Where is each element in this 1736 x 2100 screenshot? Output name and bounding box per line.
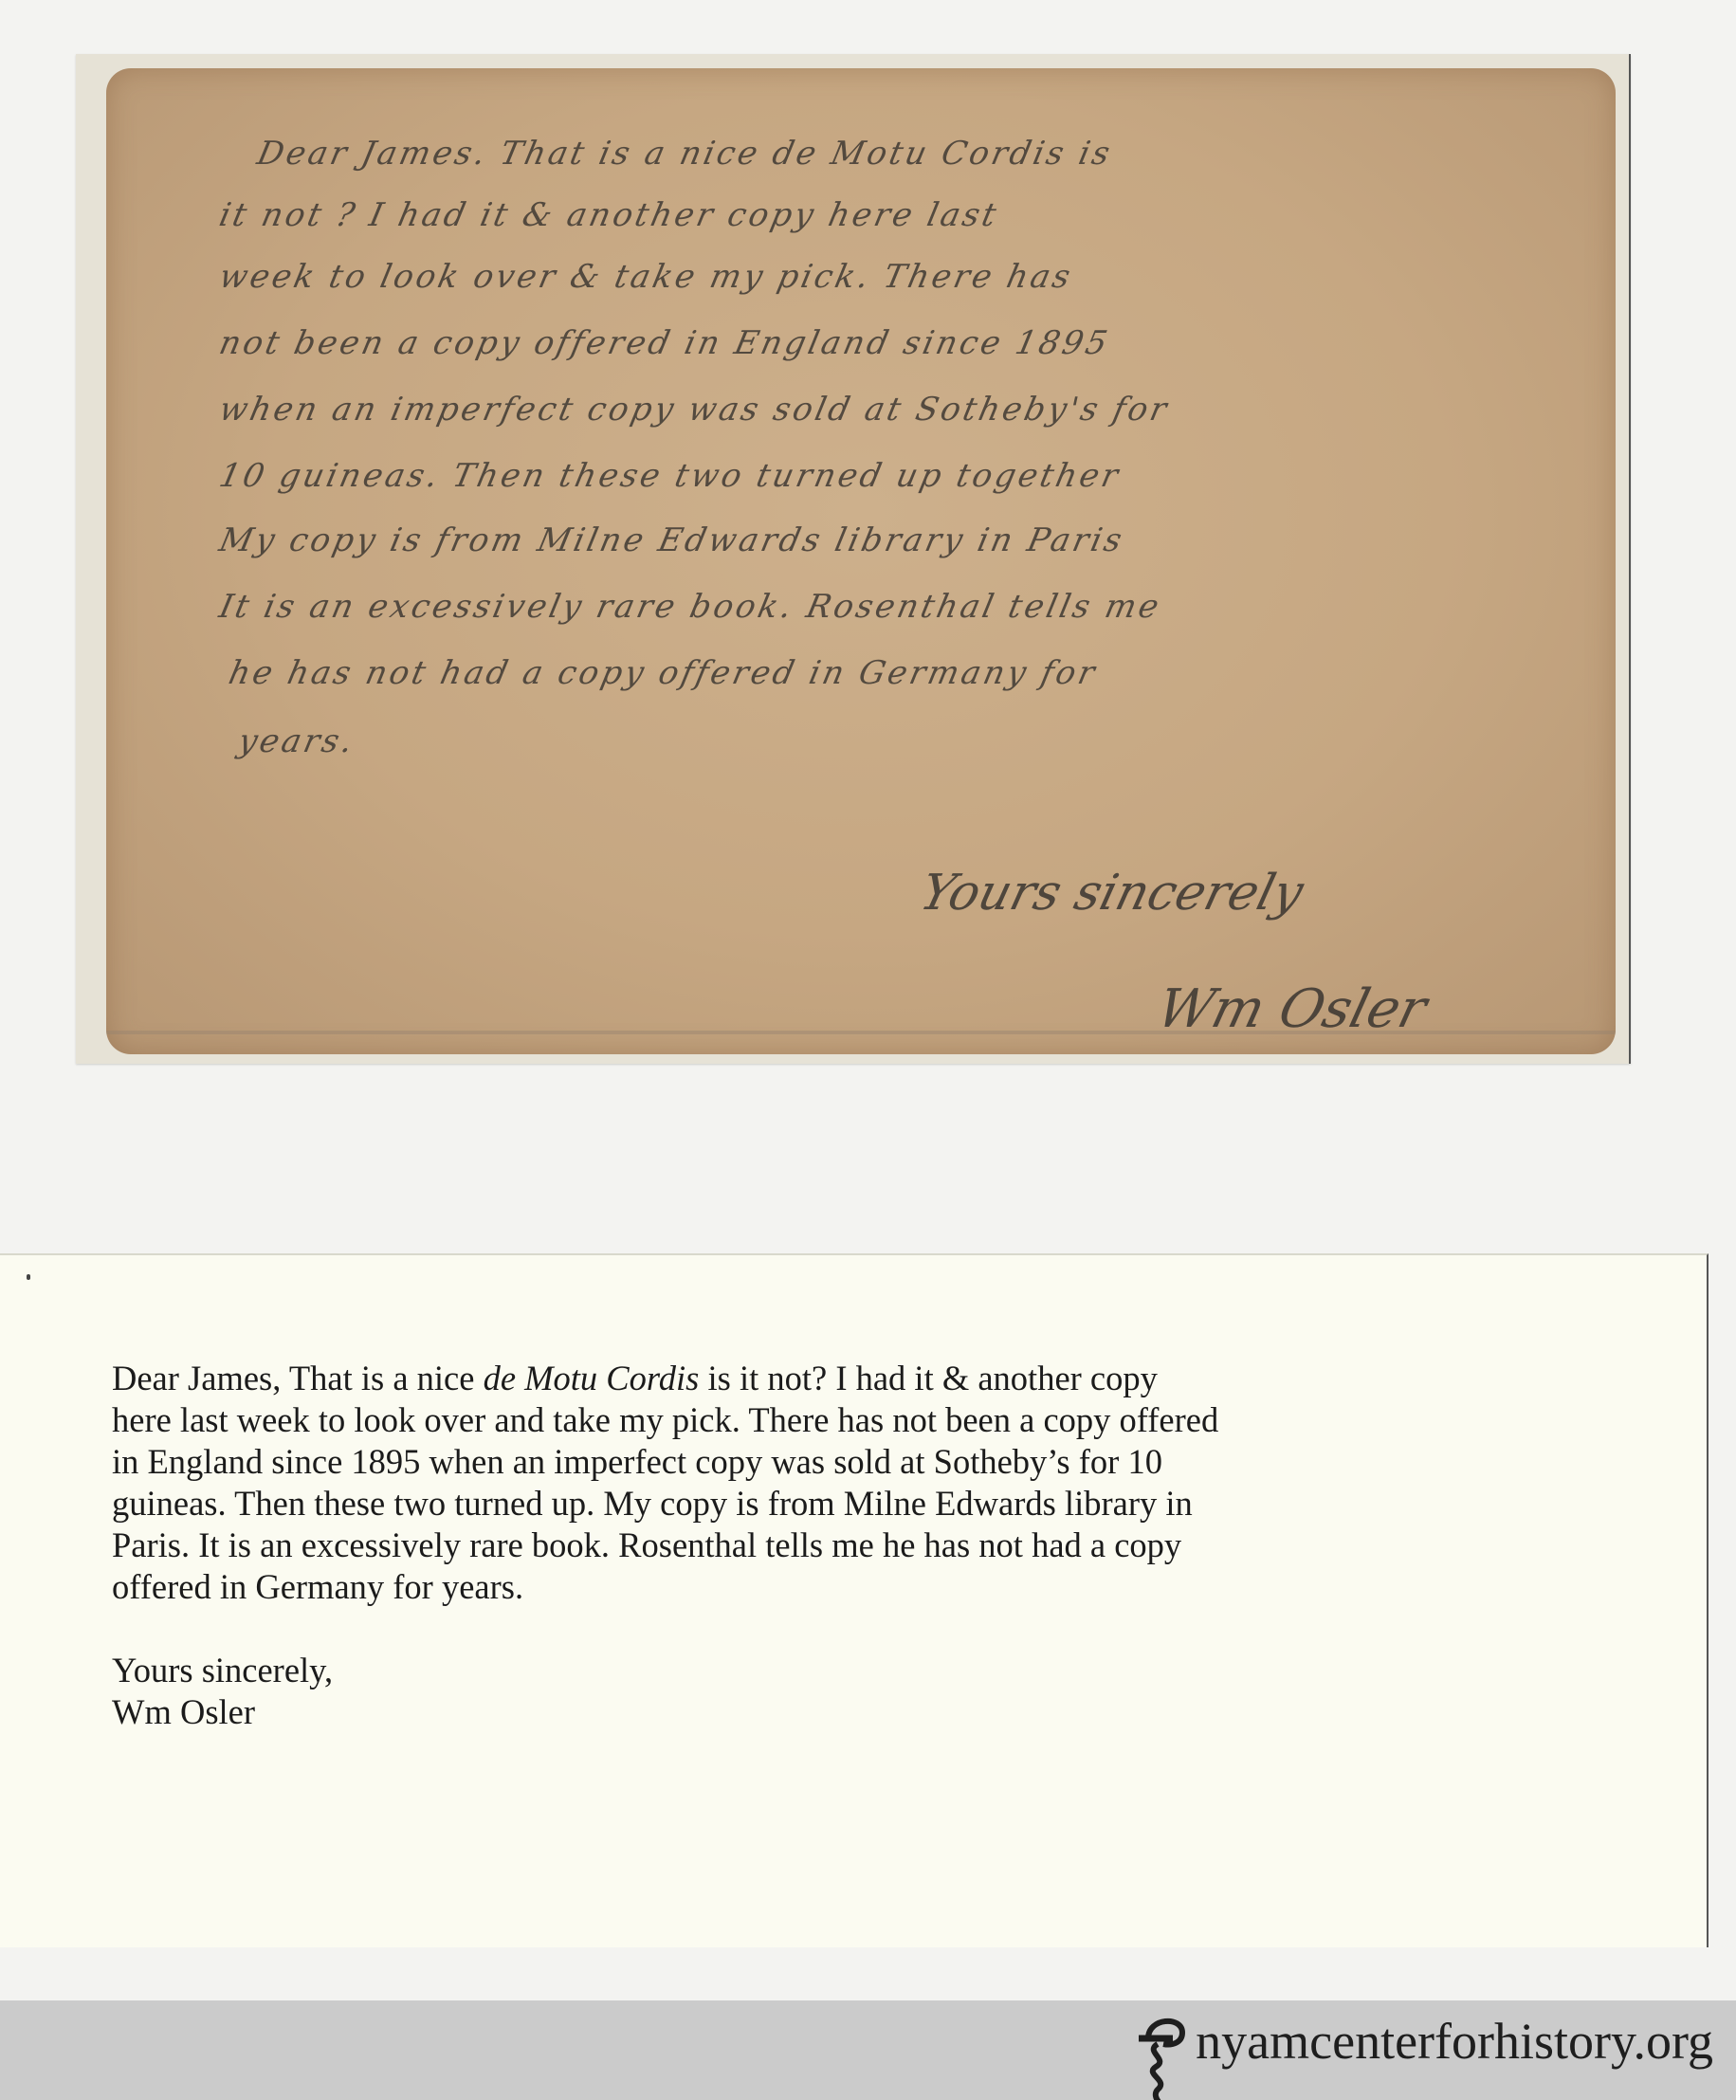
handwritten-line: it not ? I had it & another copy here la… [216, 196, 1002, 234]
closing-line: Yours sincerely, [112, 1650, 1629, 1691]
handwritten-line: It is an excessively rare book. Rosentha… [216, 588, 1165, 626]
handwritten-line: not been a copy offered in England since… [216, 324, 1114, 362]
transcription-line: offered in Germany for years. [112, 1566, 1629, 1608]
text-run: is it not? I had it & another copy [699, 1359, 1158, 1397]
handwritten-line: years. [235, 722, 359, 760]
handwritten-closing: Yours sincerely [915, 865, 1309, 922]
speck [27, 1274, 30, 1280]
transcription-card: Dear James, That is a nice de Motu Cordi… [0, 1253, 1709, 1947]
book-title: de Motu Cordis [484, 1359, 700, 1397]
serpent-cup-icon [1135, 2010, 1190, 2100]
transcription-paragraph: Dear James, That is a nice de Motu Cordi… [112, 1358, 1629, 1608]
handwritten-postcard: Dear James. That is a nice de Motu Cordi… [106, 68, 1616, 1054]
text-run: Dear James, That is a nice [112, 1359, 484, 1397]
transcription-line: guineas. Then these two turned up. My co… [112, 1483, 1629, 1525]
handwritten-line: Dear James. That is a nice de Motu Cordi… [254, 135, 1116, 173]
closing-block: Yours sincerely, Wm Osler [112, 1650, 1629, 1733]
transcription-text: Dear James, That is a nice de Motu Cordi… [112, 1358, 1629, 1733]
handwritten-line: 10 guineas. Then these two turned up tog… [216, 457, 1124, 495]
handwritten-line: when an imperfect copy was sold at Sothe… [216, 391, 1173, 429]
signature-line: Wm Osler [112, 1691, 1629, 1733]
transcription-line: Paris. It is an excessively rare book. R… [112, 1525, 1629, 1566]
handwritten-line: My copy is from Milne Edwards library in… [216, 521, 1128, 559]
site-logo[interactable]: nyamcenterforhistory.org [1135, 2010, 1713, 2100]
transcription-line: here last week to look over and take my … [112, 1399, 1629, 1441]
handwritten-line: he has not had a copy offered in Germany… [226, 654, 1101, 692]
footer-band: nyamcenterforhistory.org [0, 2000, 1736, 2100]
handwritten-line: week to look over & take my pick. There … [216, 258, 1076, 296]
transcription-line: in England since 1895 when an imperfect … [112, 1441, 1629, 1483]
site-url[interactable]: nyamcenterforhistory.org [1196, 2012, 1713, 2071]
transcription-line: Dear James, That is a nice de Motu Cordi… [112, 1358, 1629, 1399]
card-crease [106, 1031, 1616, 1034]
